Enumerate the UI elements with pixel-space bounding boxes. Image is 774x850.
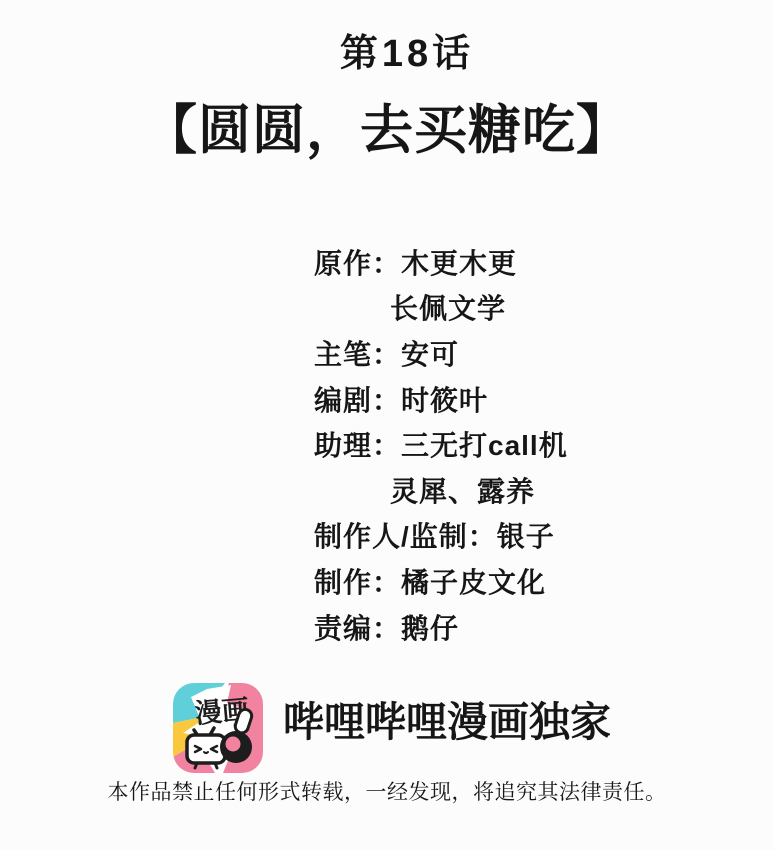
credit-line-producer: 制作人/监制：银子 [314,513,568,559]
credit-line-screenwriter: 编剧：时筱叶 [314,376,568,422]
credit-line-lead-artist: 主笔：安可 [314,330,568,376]
chapter-title: 【圆圆，去买糖吃】 [0,88,774,164]
episode-number: 第18话 [0,22,774,77]
credit-line-original-author: 原作：木更木更 [314,239,568,285]
credit-line-production: 制作：橘子皮文化 [314,558,568,604]
credit-line-editor: 责编：鹅仔 [314,604,568,650]
comic-credits-page: 第18话 【圆圆，去买糖吃】 原作：木更木更 长佩文学 主笔：安可 编剧：时筱叶… [0,0,774,850]
copyright-disclaimer: 本作品禁止任何形式转载，一经发现，将追究其法律责任。 [0,776,774,806]
credit-line-original-source: 长佩文学 [314,285,568,331]
brand-row: 漫画 哔哩哔哩漫画独家 [173,683,611,773]
brand-name: 哔哩哔哩漫画独家 [283,689,611,748]
bilibili-manga-logo-icon: 漫画 [173,683,263,773]
credits-list: 原作：木更木更 长佩文学 主笔：安可 编剧：时筱叶 助理：三无打call机 灵犀… [314,239,568,649]
credit-line-assistant-2: 灵犀、露养 [314,467,568,513]
credit-line-assistant: 助理：三无打call机 [314,421,568,467]
tv-face-icon [187,728,225,768]
